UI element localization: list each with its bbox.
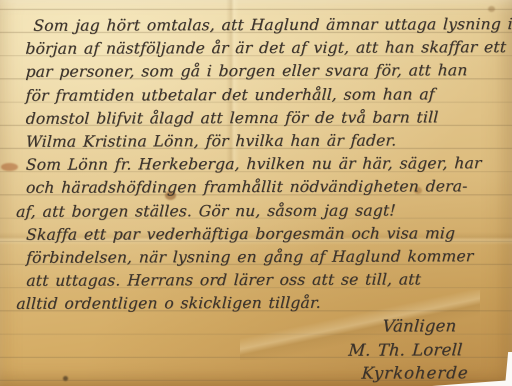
letter-line: par personer, som gå i borgen eller svar… [0,59,512,84]
letter-line: af, att borgen ställes. Gör nu, såsom ja… [0,199,512,224]
letter-line: Skaffa ett par vederhäftiga borgesmän oc… [0,222,512,247]
letter-paper: Som jag hört omtalas, att Haglund ämnar … [0,0,512,386]
letter-line: domstol blifvit ålagd att lemna för de t… [0,106,512,131]
scan-background: { "letter": { "lines": [ "Som jag hört o… [0,0,512,386]
letter-line: för framtiden utbetalar det underhåll, s… [0,83,512,108]
stain [488,6,495,12]
letter-line: Som jag hört omtalas, att Haglund ämnar … [0,13,512,38]
letter-line: att uttagas. Herrans ord lärer oss att s… [0,268,512,293]
letter-line: förbindelsen, när lysning en gång af Hag… [0,245,512,270]
letter-line: och häradshöfdingen framhållit nödvändig… [0,175,512,200]
signature-closing: Vänligen [0,315,512,340]
signature-title: Kyrkoherde [0,361,512,386]
letter-line: alltid ordentligen o skickligen tillgår. [0,291,512,316]
letter-line: Som Lönn fr. Herkeberga, hvilken nu är h… [0,152,512,177]
signature-name: M. Th. Lorell [0,338,512,363]
scanned-letter: Som jag hört omtalas, att Haglund ämnar … [0,0,512,386]
letter-line: början af nästföljande år är det af vigt… [0,36,512,61]
letter-body: Som jag hört omtalas, att Haglund ämnar … [0,13,512,386]
letter-line: Wilma Kristina Lönn, för hvilka han är f… [0,129,512,154]
